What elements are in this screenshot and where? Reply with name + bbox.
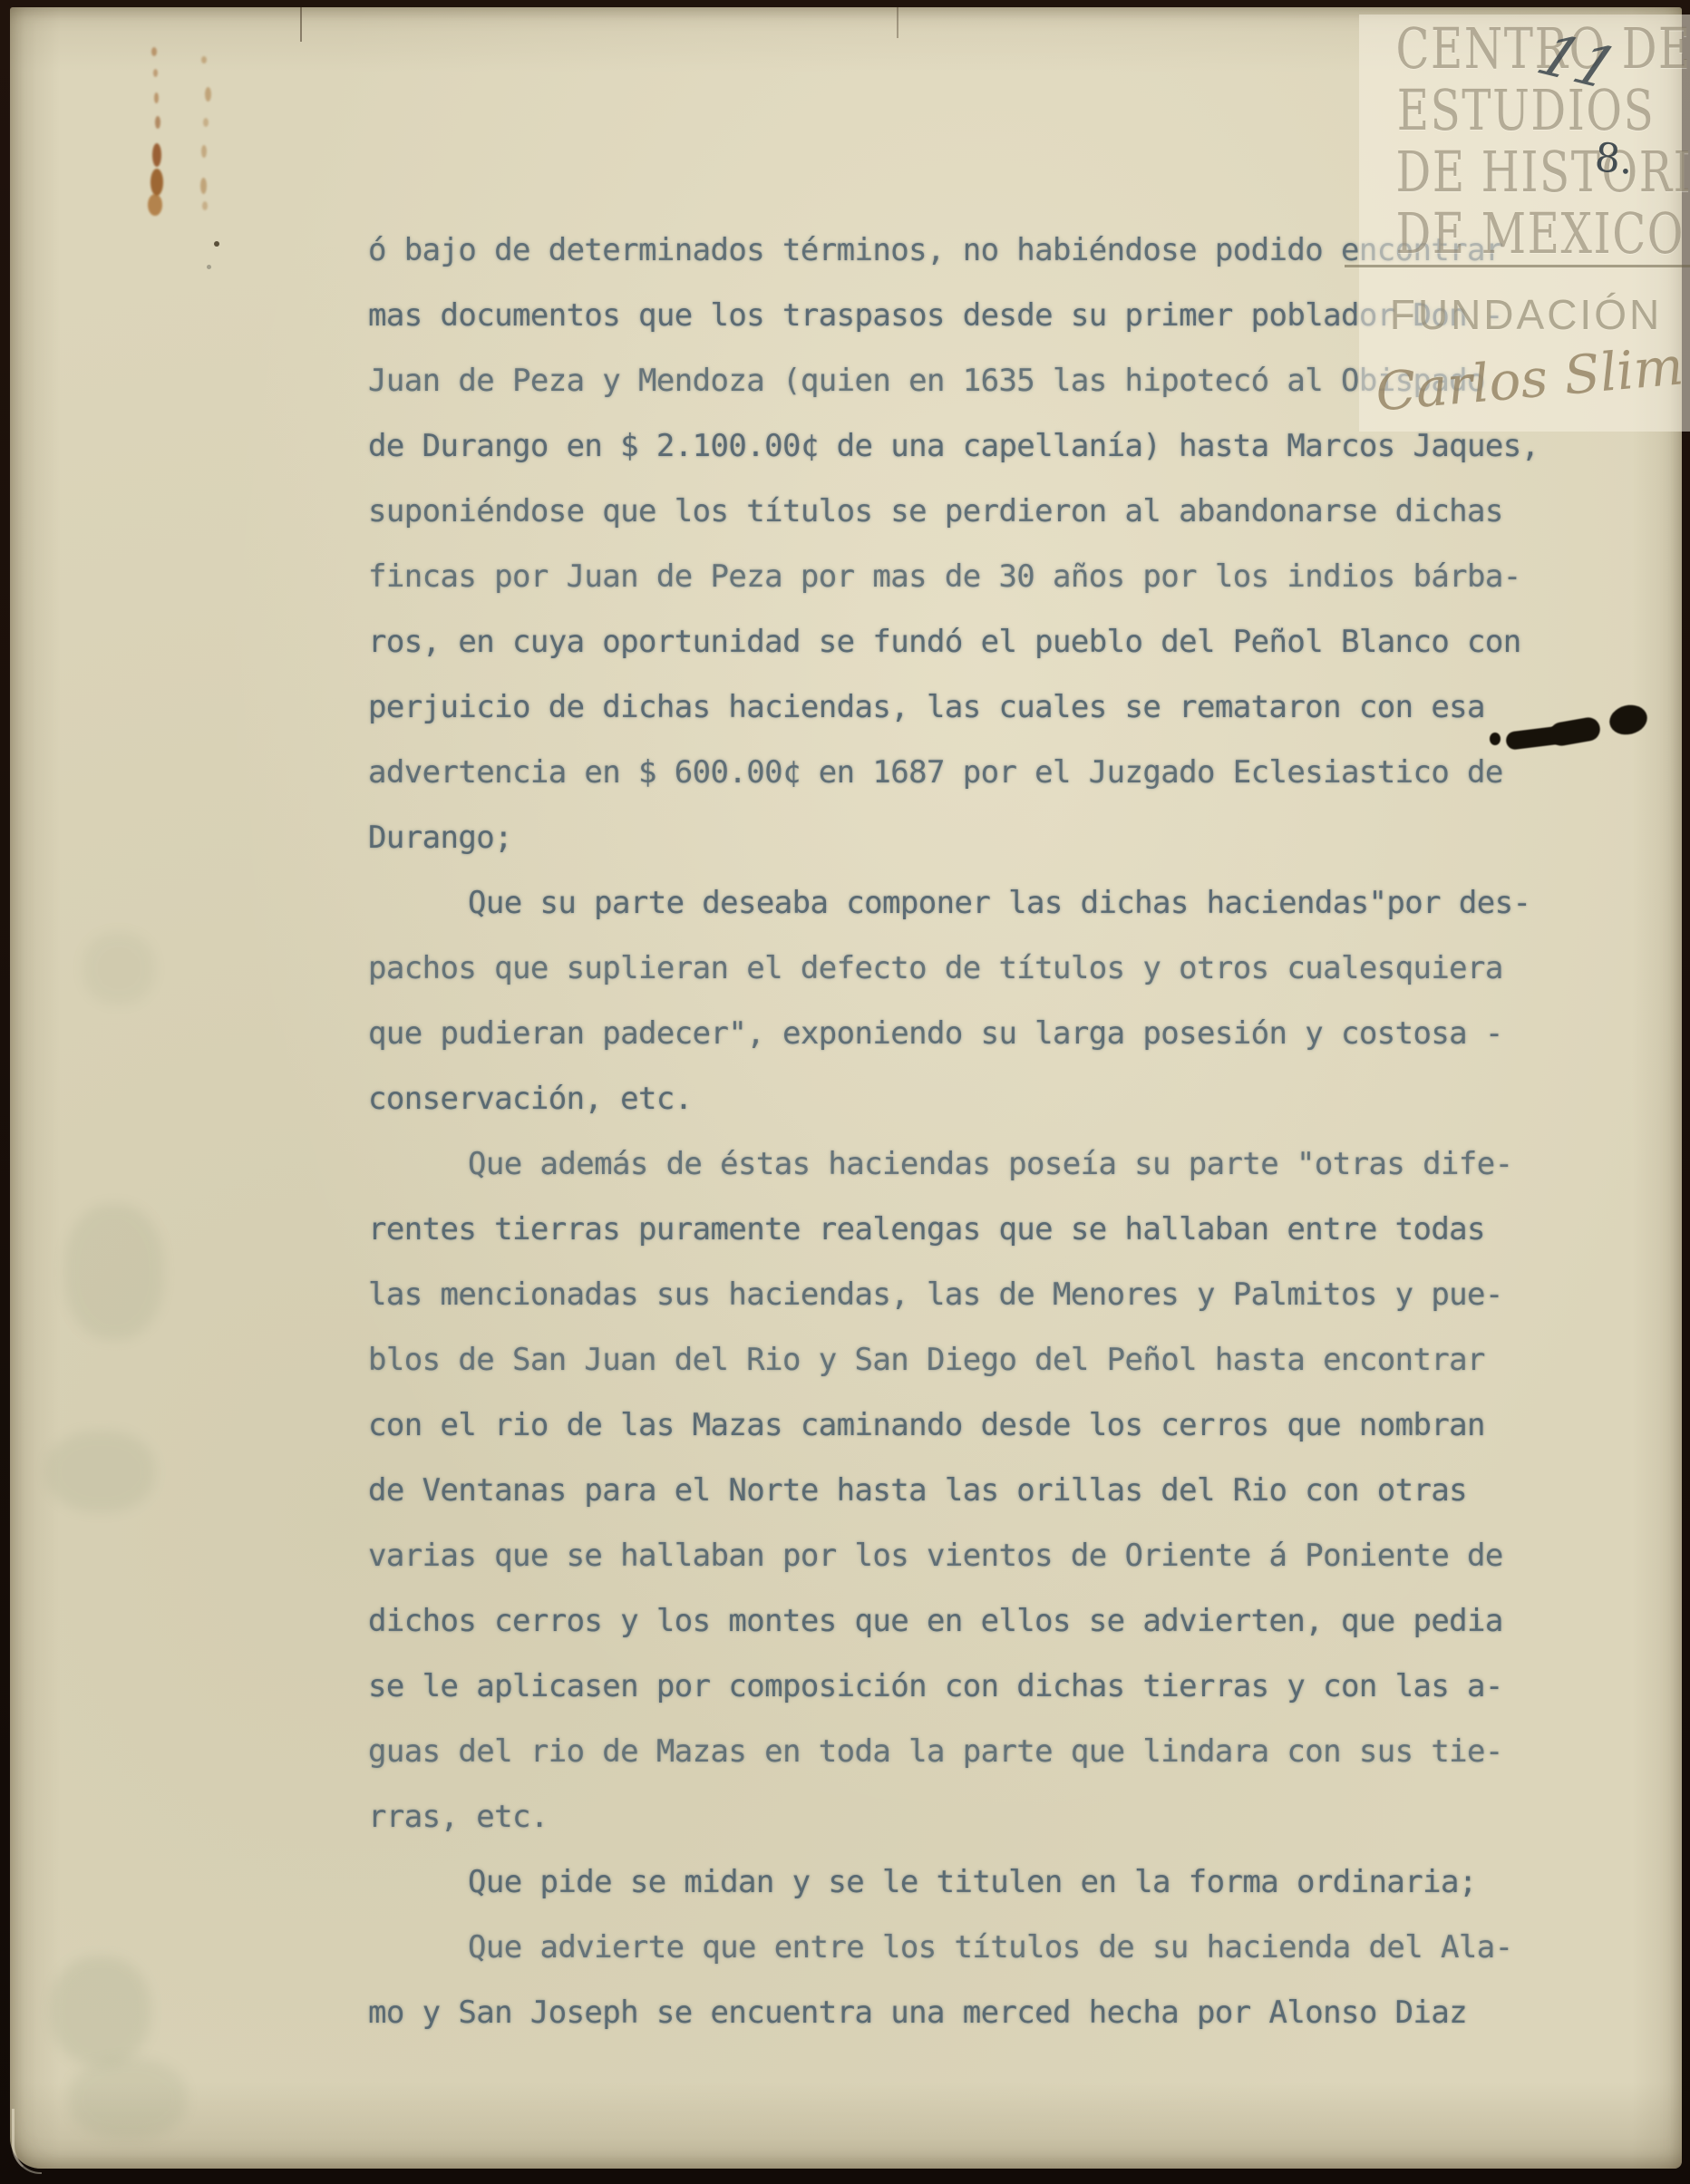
rust-stain bbox=[205, 87, 211, 102]
typed-line: de Ventanas para el Norte hasta las oril… bbox=[368, 1472, 1467, 1509]
rust-stain bbox=[203, 118, 209, 127]
typed-line: Que su parte deseaba componer las dichas… bbox=[468, 885, 1530, 921]
typed-line: rentes tierras puramente realengas que s… bbox=[368, 1211, 1485, 1247]
handwritten-folio-note: 8. bbox=[1593, 134, 1635, 183]
typed-line: que pudieran padecer", exponiendo su lar… bbox=[368, 1015, 1503, 1052]
rust-stain bbox=[202, 201, 208, 210]
scanned-photo: { "document": { "description": "typewrit… bbox=[0, 0, 1690, 2184]
typed-line: perjuicio de dichas haciendas, las cuale… bbox=[368, 689, 1485, 725]
typed-line: con el rio de las Mazas caminando desde … bbox=[368, 1407, 1485, 1443]
rust-stain bbox=[201, 145, 207, 158]
watermark-rule bbox=[1345, 265, 1690, 267]
rust-stain bbox=[148, 194, 162, 216]
typed-line: conservación, etc. bbox=[368, 1081, 693, 1117]
typed-line: blos de San Juan del Rio y San Diego del… bbox=[368, 1342, 1485, 1378]
typed-line: rras, etc. bbox=[368, 1799, 549, 1835]
typed-line: suponiéndose que los títulos se perdiero… bbox=[368, 493, 1503, 529]
rust-stain bbox=[155, 116, 160, 129]
typed-line: Que además de éstas haciendas poseía su … bbox=[468, 1146, 1512, 1182]
archive-watermark: CENTRO DEESTUDIOSDE HISTORIADE MEXICO FU… bbox=[1359, 15, 1690, 432]
typed-line: de Durango en $ 2.100.00¢ de una capella… bbox=[368, 428, 1539, 464]
rust-stain bbox=[200, 178, 207, 194]
typed-line: las mencionadas sus haciendas, las de Me… bbox=[368, 1276, 1503, 1313]
ink-blot bbox=[1607, 701, 1650, 738]
typed-line: dichos cerros y los montes que en ellos … bbox=[368, 1603, 1503, 1639]
ink-speck bbox=[214, 241, 219, 247]
typed-line: Que pide se midan y se le titulen en la … bbox=[468, 1864, 1477, 1900]
rust-stain bbox=[201, 56, 207, 63]
watermark-foundation-label: FUNDACIÓN bbox=[1359, 290, 1690, 339]
typed-line: ros, en cuya oportunidad se fundó el pue… bbox=[368, 624, 1521, 660]
typed-line: Juan de Peza y Mendoza (quien en 1635 la… bbox=[368, 363, 1485, 399]
typed-line: Que advierte que entre los títulos de su… bbox=[468, 1929, 1512, 1966]
document-page: ó bajo de determinados términos, no habi… bbox=[10, 7, 1682, 2169]
typed-line: mas documentos que los traspasos desde s… bbox=[368, 297, 1503, 334]
typed-line: Durango; bbox=[368, 820, 512, 856]
rust-stain bbox=[151, 169, 163, 196]
scratch-mark bbox=[897, 7, 898, 38]
rust-stain bbox=[152, 143, 161, 167]
rust-stain bbox=[151, 47, 157, 56]
bleed-through-mark bbox=[69, 2058, 187, 2140]
bleed-through-mark bbox=[64, 1204, 164, 1340]
rust-stain bbox=[153, 69, 158, 77]
typed-line: advertencia en $ 600.00¢ en 1687 por el … bbox=[368, 754, 1503, 791]
typed-line: ó bajo de determinados términos, no habi… bbox=[368, 232, 1503, 268]
ink-blot bbox=[1490, 733, 1501, 745]
watermark-lines: CENTRO DEESTUDIOSDE HISTORIADE MEXICO bbox=[1359, 18, 1690, 265]
typed-line: se le aplicasen por composición con dich… bbox=[368, 1668, 1503, 1704]
typed-line: pachos que suplieran el defecto de títul… bbox=[368, 950, 1503, 986]
scratch-mark bbox=[300, 7, 302, 42]
ink-speck bbox=[207, 265, 211, 269]
typed-line: mo y San Joseph se encuentra una merced … bbox=[368, 1995, 1467, 2031]
watermark-line: ESTUDIOS bbox=[1395, 80, 1656, 141]
typed-line: varias que se hallaban por los vientos d… bbox=[368, 1538, 1503, 1574]
watermark-signature: Carlos Slim bbox=[1355, 334, 1690, 425]
rust-stain bbox=[154, 92, 159, 103]
typed-line: guas del rio de Mazas en toda la parte q… bbox=[368, 1733, 1503, 1770]
watermark-line: DE MEXICO bbox=[1395, 203, 1656, 265]
ink-blot bbox=[1548, 715, 1602, 747]
typed-line: fincas por Juan de Peza por mas de 30 añ… bbox=[368, 558, 1521, 595]
bleed-through-mark bbox=[46, 1431, 155, 1512]
bleed-through-mark bbox=[51, 1956, 151, 2065]
bleed-through-mark bbox=[83, 932, 155, 1005]
